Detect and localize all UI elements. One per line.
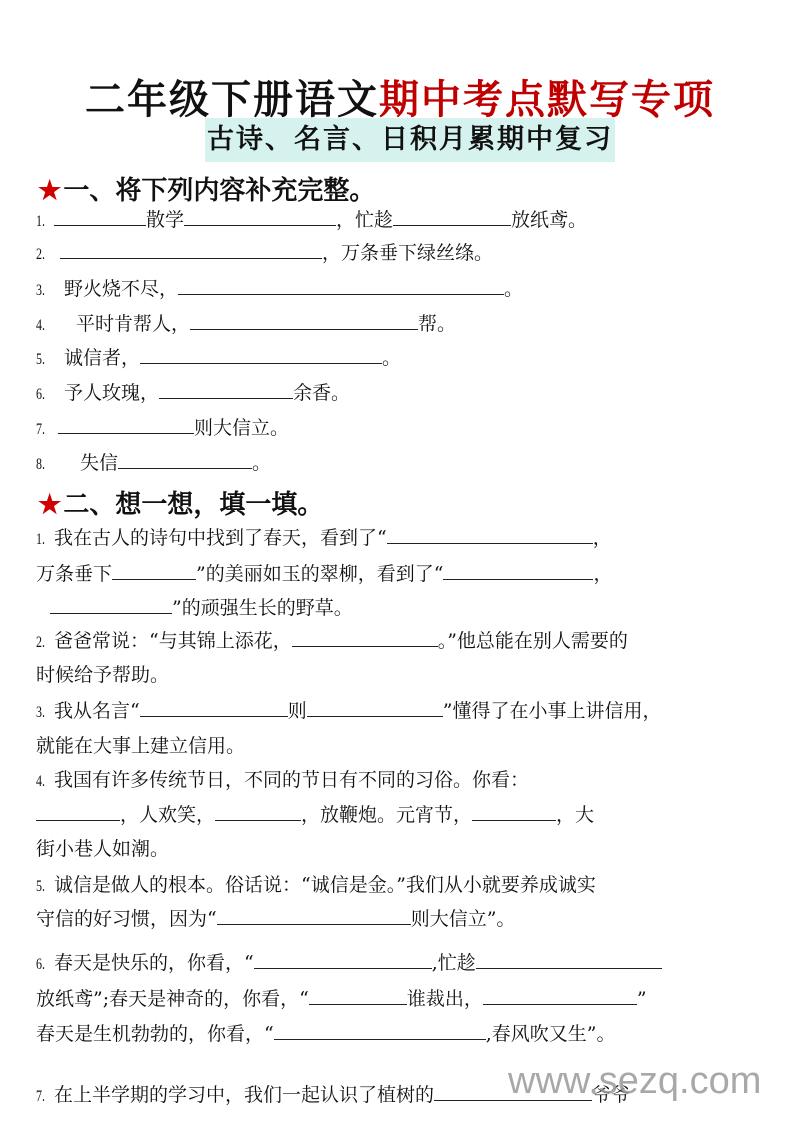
text: ， — [593, 527, 612, 549]
text: 则大信立。 — [194, 417, 289, 439]
section2-heading-text: 二、想一想，填一填。 — [63, 490, 323, 520]
text: 街小巷人如潮。 — [36, 838, 169, 860]
text: 野火烧不尽， — [64, 278, 178, 300]
text: 时候给予帮助。 — [36, 664, 169, 686]
text: 放纸鸢”;春天是神奇的，你看，“ — [36, 988, 309, 1010]
text: 。 — [504, 278, 523, 300]
text: ，忙趁 — [336, 209, 393, 231]
blank[interactable] — [476, 950, 662, 969]
text: 。”他总能在别人需要的 — [438, 630, 628, 652]
text: ，放鞭炮。元宵节， — [301, 804, 472, 826]
item-number: 1. — [36, 209, 45, 235]
text: 。 — [382, 347, 401, 369]
item-number: 1. — [36, 527, 45, 553]
blank[interactable] — [443, 561, 593, 580]
s2-q2-line1: 2.爸爸常说：“与其锦上添花，。”他总能在别人需要的 — [36, 628, 628, 656]
s2-q5-line2: 守信的好习惯，因为“则大信立”。 — [36, 906, 515, 932]
item-number: 2. — [36, 630, 45, 656]
s2-q1-line3: ”的顽强生长的野草。 — [36, 595, 353, 621]
text: ” — [637, 988, 647, 1010]
blank[interactable] — [118, 450, 252, 469]
text: 散学 — [146, 209, 184, 231]
text: 。 — [252, 452, 271, 474]
text: 余香。 — [293, 382, 350, 404]
text: ,忙趁 — [432, 952, 476, 974]
item-number: 8. — [36, 452, 45, 478]
text: 则 — [288, 700, 307, 722]
s1-item-8: 8.失信。 — [36, 450, 271, 478]
s2-q4-line3: 街小巷人如潮。 — [36, 836, 169, 862]
s2-q4-line1: 4.我国有许多传统节日，不同的节日有不同的习俗。你看： — [36, 767, 529, 795]
text: 诚信是做人的根本。俗话说：“诚信是金。”我们从小就要养成诚实 — [54, 874, 596, 896]
blank[interactable] — [215, 802, 301, 821]
blank[interactable] — [36, 802, 120, 821]
s1-item-6: 6.予人玫瑰，余香。 — [36, 380, 350, 408]
blank[interactable] — [309, 986, 407, 1005]
item-number: 2. — [36, 242, 45, 268]
text: ， — [593, 563, 612, 585]
item-number: 4. — [36, 313, 45, 339]
s2-q2-line2: 时候给予帮助。 — [36, 662, 169, 688]
text: 则大信立”。 — [411, 908, 516, 930]
title-black: 二年级下册语文 — [85, 76, 379, 123]
text: 爸爸常说：“与其锦上添花， — [54, 630, 292, 652]
s1-item-4: 4.平时肯帮人，帮。 — [36, 311, 456, 339]
s1-item-2: 2.，万条垂下绿丝绦。 — [36, 240, 493, 268]
blank[interactable] — [217, 906, 411, 925]
blank[interactable] — [292, 628, 438, 647]
s2-q3-line2: 就能在大事上建立信用。 — [36, 733, 245, 759]
blank[interactable] — [60, 240, 322, 259]
blank[interactable] — [178, 276, 504, 295]
blank[interactable] — [274, 1021, 486, 1040]
blank[interactable] — [54, 207, 146, 226]
text: 就能在大事上建立信用。 — [36, 735, 245, 757]
star-icon: ★ — [38, 490, 61, 520]
s1-item-3: 3.野火烧不尽，。 — [36, 276, 523, 304]
blank[interactable] — [483, 986, 637, 1005]
s2-q1-line2: 万条垂下”的美丽如玉的翠柳，看到了“， — [36, 561, 612, 587]
text: 我国有许多传统节日，不同的节日有不同的习俗。你看： — [54, 769, 529, 791]
blank[interactable] — [140, 345, 382, 364]
text: 万条垂下 — [36, 563, 112, 585]
text: ”懂得了在小事上讲信用， — [443, 700, 662, 722]
text: 平时肯帮人， — [76, 313, 190, 335]
blank[interactable] — [254, 950, 432, 969]
page-subtitle: 古诗、名言、日积月累期中复习 — [205, 118, 615, 162]
text: ,春风吹又生”。 — [486, 1023, 616, 1045]
blank[interactable] — [472, 802, 556, 821]
item-number: 6. — [36, 952, 45, 978]
item-number: 7. — [36, 417, 45, 443]
blank[interactable] — [58, 415, 194, 434]
blank[interactable] — [159, 380, 293, 399]
s2-q4-line2: ，人欢笑，，放鞭炮。元宵节，，大 — [36, 802, 594, 828]
text: ，大 — [556, 804, 594, 826]
s2-q6-line1: 6.春天是快乐的，你看，“,忙趁 — [36, 950, 662, 978]
blank[interactable] — [50, 595, 172, 614]
text: 守信的好习惯，因为“ — [36, 908, 217, 930]
star-icon: ★ — [38, 176, 61, 206]
item-number: 4. — [36, 769, 45, 795]
blank[interactable] — [393, 207, 511, 226]
s1-item-7: 7.则大信立。 — [36, 415, 289, 443]
text: ”的顽强生长的野草。 — [172, 597, 353, 619]
section1-heading-text: 一、将下列内容补充完整。 — [63, 176, 375, 206]
s1-item-5: 5.诚信者，。 — [36, 345, 401, 373]
text: 帮。 — [418, 313, 456, 335]
text: ，万条垂下绿丝绦。 — [322, 242, 493, 264]
s1-item-1: 1.散学，忙趁放纸鸢。 — [36, 207, 587, 235]
text: 我在古人的诗句中找到了春天，看到了“ — [54, 527, 387, 549]
blank[interactable] — [190, 311, 418, 330]
s2-q5-line1: 5.诚信是做人的根本。俗话说：“诚信是金。”我们从小就要养成诚实 — [36, 872, 596, 900]
blank[interactable] — [184, 207, 336, 226]
text: 谁裁出， — [407, 988, 483, 1010]
text: 予人玫瑰， — [64, 382, 159, 404]
text: ，人欢笑， — [120, 804, 215, 826]
s2-q1-line1: 1.我在古人的诗句中找到了春天，看到了“， — [36, 525, 612, 553]
watermark: www.sezq.com — [508, 1060, 761, 1103]
text: 在上半学期的学习中，我们一起认识了植树的 — [54, 1084, 434, 1106]
text: 我从名言“ — [54, 700, 140, 722]
s2-q6-line2: 放纸鸢”;春天是神奇的，你看，“谁裁出，” — [36, 986, 647, 1012]
text: 春天是快乐的，你看，“ — [54, 952, 254, 974]
s2-q3-line1: 3.我从名言“则”懂得了在小事上讲信用， — [36, 698, 661, 726]
text: 诚信者， — [64, 347, 140, 369]
item-number: 3. — [36, 278, 45, 304]
item-number: 5. — [36, 874, 45, 900]
blank[interactable] — [387, 525, 593, 544]
text: ”的美丽如玉的翠柳，看到了“ — [196, 563, 443, 585]
item-number: 7. — [36, 1084, 45, 1110]
title-red: 期中考点默写专项 — [379, 76, 715, 123]
blank[interactable] — [307, 698, 443, 717]
blank[interactable] — [140, 698, 288, 717]
section1-heading: ★一、将下列内容补充完整。 — [38, 170, 375, 207]
text: 春天是生机勃勃的，你看，“ — [36, 1023, 274, 1045]
section2-heading: ★二、想一想，填一填。 — [38, 484, 323, 521]
page-title: 二年级下册语文期中考点默写专项 — [0, 68, 800, 125]
blank[interactable] — [112, 561, 196, 580]
text: 失信 — [80, 452, 118, 474]
item-number: 5. — [36, 347, 45, 373]
item-number: 6. — [36, 382, 45, 408]
s2-q6-line3: 春天是生机勃勃的，你看，“,春风吹又生”。 — [36, 1021, 615, 1047]
item-number: 3. — [36, 700, 45, 726]
text: 放纸鸢。 — [511, 209, 587, 231]
